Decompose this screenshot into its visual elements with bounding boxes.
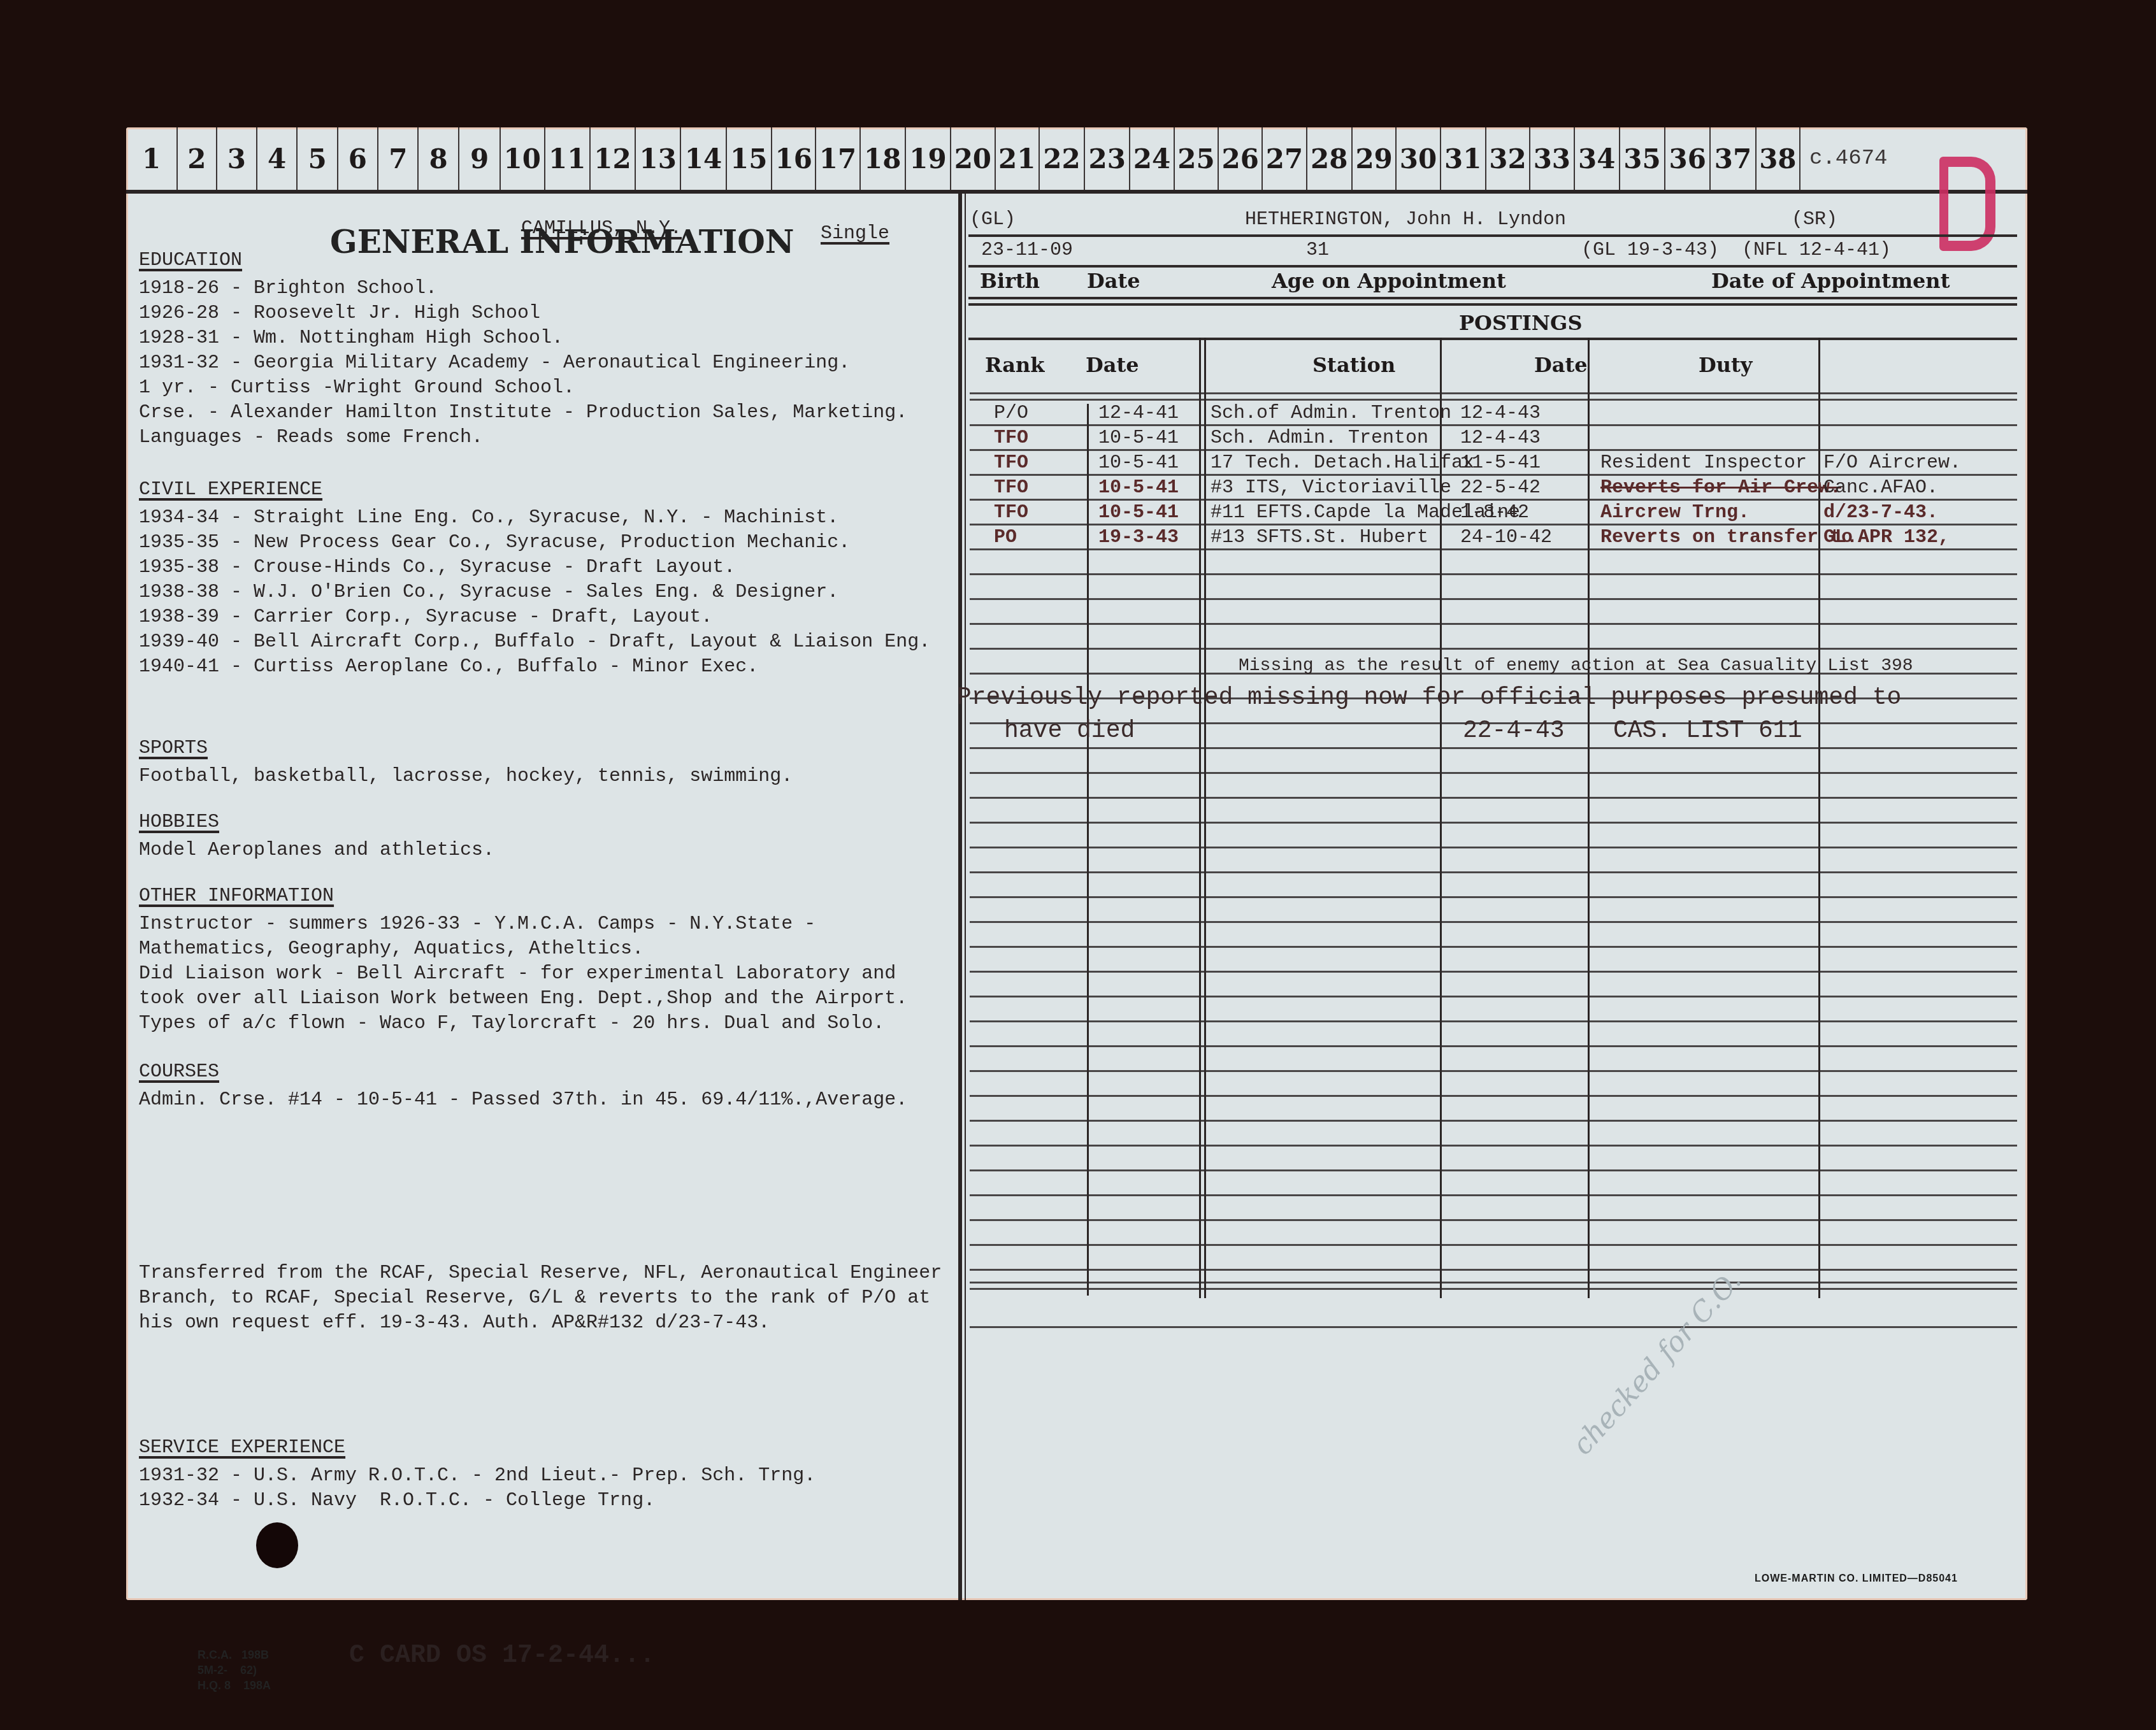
column-number-10: 10 xyxy=(501,127,545,190)
column-number-strip: 1234567891011121314151617181920212223242… xyxy=(126,127,2027,194)
presumed-date: 22-4-43 xyxy=(1463,717,1565,745)
other-information-heading: OTHER INFORMATION xyxy=(139,884,334,909)
col-station: Station xyxy=(1312,353,1395,377)
column-number-34: 34 xyxy=(1575,127,1620,190)
list-item: Crse. - Alexander Hamilton Institute - P… xyxy=(139,401,907,425)
c-card-note: C CARD OS 17-2-44... xyxy=(349,1643,655,1668)
column-number-24: 24 xyxy=(1130,127,1174,190)
station-cell: #13 SFTS.St. Hubert xyxy=(1211,527,1428,548)
column-number-25: 25 xyxy=(1175,127,1219,190)
station-date-cell: 12-4-43 xyxy=(1460,427,1541,449)
column-number-22: 22 xyxy=(1040,127,1085,190)
duty-cell: Reverts on transfer to xyxy=(1600,527,1853,548)
transfer-note: Transferred from the RCAF, Special Reser… xyxy=(139,1261,942,1336)
col-rank-date: Date xyxy=(1086,353,1139,377)
rank-date-cell: 10-5-41 xyxy=(1098,452,1179,474)
list-item: Languages - Reads some French. xyxy=(139,425,907,450)
list-item: 1918-26 - Brighton School. xyxy=(139,276,907,301)
list-item: Branch, to RCAF, Special Reserve, G/L & … xyxy=(139,1286,942,1311)
list-item: Instructor - summers 1926-33 - Y.M.C.A. … xyxy=(139,912,907,937)
station-date-cell: 24-10-42 xyxy=(1460,527,1552,548)
sports-heading: SPORTS xyxy=(139,736,208,761)
list-item: Model Aeroplanes and athletics. xyxy=(139,838,494,863)
col-duty: Duty xyxy=(1699,353,1752,377)
column-number-7: 7 xyxy=(378,127,419,190)
column-number-29: 29 xyxy=(1353,127,1397,190)
other-information-list: Instructor - summers 1926-33 - Y.M.C.A. … xyxy=(139,912,907,1036)
hobbies-list: Model Aeroplanes and athletics. xyxy=(139,838,494,863)
sports-list: Football, basketball, lacrosse, hockey, … xyxy=(139,764,793,789)
station-cell: Sch. Admin. Trenton xyxy=(1211,427,1428,449)
form-code: R.C.A. 198B5M-2- 62)H.Q. 8 198A xyxy=(198,1647,271,1693)
column-number-1: 1 xyxy=(126,127,178,190)
column-number-17: 17 xyxy=(816,127,860,190)
rank-cell: TFO xyxy=(994,477,1028,499)
list-item: R.C.A. 198B xyxy=(198,1647,271,1662)
station-date-cell: 12-4-43 xyxy=(1460,403,1541,424)
rank-date-cell: 10-5-41 xyxy=(1098,502,1179,524)
service-experience-heading: SERVICE EXPERIENCE xyxy=(139,1436,345,1461)
rank-date-cell: 12-4-41 xyxy=(1098,403,1179,424)
list-item: 1938-39 - Carrier Corp., Syracuse - Draf… xyxy=(139,605,930,630)
column-number-21: 21 xyxy=(996,127,1040,190)
list-item: 1940-41 - Curtiss Aeroplane Co., Buffalo… xyxy=(139,655,930,680)
station-date-cell: 22-5-42 xyxy=(1460,477,1541,499)
list-item: 1926-28 - Roosevelt Jr. High School xyxy=(139,301,907,326)
column-number-37: 37 xyxy=(1711,127,1756,190)
station-cell: Sch.of Admin. Trenton xyxy=(1211,403,1451,424)
service-experience-list: 1931-32 - U.S. Army R.O.T.C. - 2nd Lieut… xyxy=(139,1464,816,1513)
education-heading: EDUCATION xyxy=(139,248,242,273)
column-number-11: 11 xyxy=(545,127,591,190)
missing-note: Missing as the result of enemy action at… xyxy=(1239,656,1913,676)
duty-cell: Aircrew Trng. xyxy=(1600,502,1750,524)
list-item: 1931-32 - U.S. Army R.O.T.C. - 2nd Lieut… xyxy=(139,1464,816,1489)
column-number-6: 6 xyxy=(338,127,378,190)
column-number-32: 32 xyxy=(1486,127,1530,190)
branch: (GL) xyxy=(970,209,1016,231)
column-number-38: 38 xyxy=(1757,127,1800,190)
station-date-cell: 1-8-42 xyxy=(1460,502,1529,524)
remarks-cell: Canc.AFAO. xyxy=(1823,477,1938,499)
column-number-14: 14 xyxy=(681,127,726,190)
list-item: 1934-34 - Straight Line Eng. Co., Syracu… xyxy=(139,506,930,531)
list-item: 1932-34 - U.S. Navy R.O.T.C. - College T… xyxy=(139,1489,816,1513)
list-item: 1935-35 - New Process Gear Co., Syracuse… xyxy=(139,531,930,555)
rank-cell: TFO xyxy=(994,427,1028,449)
rank-date-cell: 19-3-43 xyxy=(1098,527,1179,548)
duty-cell: Resident Inspector xyxy=(1600,452,1807,474)
list-item: Did Liaison work - Bell Aircraft - for e… xyxy=(139,962,907,987)
service-record-card: 1234567891011121314151617181920212223242… xyxy=(126,127,2027,1600)
presumed-note: Previously reported missing now for offi… xyxy=(957,684,1901,711)
column-divider-thin xyxy=(965,194,966,1600)
punch-hole xyxy=(256,1522,298,1568)
page-title: GENERAL INFORMATION xyxy=(330,229,794,254)
column-number-26: 26 xyxy=(1219,127,1263,190)
label-birth: Birth xyxy=(980,269,1040,293)
marital-status: Single xyxy=(821,222,889,247)
remarks-cell: d/23-7-43. xyxy=(1823,502,1938,524)
rank-date-cell: 10-5-41 xyxy=(1098,427,1179,449)
hobbies-heading: HOBBIES xyxy=(139,810,219,835)
station-cell: #3 ITS, Victoriaville xyxy=(1211,477,1451,499)
list-item: 5M-2- 62) xyxy=(198,1662,271,1678)
column-number-5: 5 xyxy=(298,127,338,190)
list-item: his own request eff. 19-3-43. Auth. AP&R… xyxy=(139,1311,942,1336)
civil-experience-list: 1934-34 - Straight Line Eng. Co., Syracu… xyxy=(139,506,930,680)
list-item: H.Q. 8 198A xyxy=(198,1678,271,1693)
rank-date-cell: 10-5-41 xyxy=(1098,477,1179,499)
column-number-8: 8 xyxy=(419,127,459,190)
column-number-18: 18 xyxy=(861,127,906,190)
column-number-30: 30 xyxy=(1397,127,1441,190)
rank-cell: TFO xyxy=(994,502,1028,524)
column-number-16: 16 xyxy=(772,127,816,190)
col-rank: Rank xyxy=(985,353,1045,377)
list-item: 1938-38 - W.J. O'Brien Co., Syracuse - S… xyxy=(139,580,930,605)
rank-cell: TFO xyxy=(994,452,1028,474)
presumed-note-2: have died xyxy=(1004,717,1135,745)
col-station-date: Date xyxy=(1534,353,1588,377)
pencil-note: checked for C.O. xyxy=(1566,1264,1748,1461)
education-list: 1918-26 - Brighton School.1926-28 - Roos… xyxy=(139,276,907,450)
column-number-19: 19 xyxy=(906,127,951,190)
age-on-appointment: 31 xyxy=(1306,239,1329,261)
list-item: Transferred from the RCAF, Special Reser… xyxy=(139,1261,942,1286)
list-item: Types of a/c flown - Waco F, Taylorcraft… xyxy=(139,1012,907,1036)
label-age: Age on Appointment xyxy=(1272,269,1506,293)
rank-cell: PO xyxy=(994,527,1017,548)
list-item: 1928-31 - Wm. Nottingham High School. xyxy=(139,326,907,351)
label-date: Date xyxy=(1087,269,1140,293)
column-number-20: 20 xyxy=(951,127,995,190)
station-date-cell: 11-5-41 xyxy=(1460,452,1541,474)
postings-title: POSTINGS xyxy=(1459,311,1583,335)
remarks-cell: GL.APR 132, xyxy=(1823,527,1950,548)
birth-date: 23-11-09 xyxy=(981,239,1073,261)
printer-imprint: LOWE-MARTIN CO. LIMITED—D85041 xyxy=(1755,1573,1958,1585)
column-number-2: 2 xyxy=(178,127,217,190)
list-item: Mathematics, Geography, Aquatics, Athelt… xyxy=(139,937,907,962)
list-item: Admin. Crse. #14 - 10-5-41 - Passed 37th… xyxy=(139,1088,907,1113)
courses-heading: COURSES xyxy=(139,1060,219,1085)
column-number-31: 31 xyxy=(1441,127,1486,190)
list-item: 1 yr. - Curtiss -Wright Ground School. xyxy=(139,376,907,401)
list-item: 1935-38 - Crouse-Hinds Co., Syracuse - D… xyxy=(139,555,930,580)
column-number-35: 35 xyxy=(1620,127,1665,190)
label-date-of-appointment: Date of Appointment xyxy=(1711,269,1950,293)
reserve: (SR) xyxy=(1792,209,1837,231)
casualty-list: CAS. LIST 611 xyxy=(1613,717,1802,745)
list-item: took over all Liaison Work between Eng. … xyxy=(139,987,907,1012)
duty-cell: Reverts for Air Crew. xyxy=(1600,477,1841,499)
column-number-15: 15 xyxy=(727,127,772,190)
station-cell: 17 Tech. Detach.Halifax xyxy=(1211,452,1474,474)
column-number-9: 9 xyxy=(459,127,501,190)
column-divider xyxy=(958,194,962,1600)
officer-name: HETHERINGTON, John H. Lyndon xyxy=(1245,209,1566,231)
column-number-3: 3 xyxy=(217,127,257,190)
column-number-4: 4 xyxy=(257,127,298,190)
list-item: 1931-32 - Georgia Military Academy - Aer… xyxy=(139,351,907,376)
column-number-23: 23 xyxy=(1085,127,1130,190)
civil-experience-heading: CIVIL EXPERIENCE xyxy=(139,478,322,503)
appointment-dates: (GL 19-3-43) (NFL 12-4-41) xyxy=(1581,239,1891,261)
column-number-33: 33 xyxy=(1530,127,1574,190)
column-number-36: 36 xyxy=(1665,127,1711,190)
remarks-cell: F/O Aircrew. xyxy=(1823,452,1961,474)
column-number-13: 13 xyxy=(636,127,681,190)
courses-list: Admin. Crse. #14 - 10-5-41 - Passed 37th… xyxy=(139,1088,907,1113)
column-number-12: 12 xyxy=(591,127,636,190)
rank-cell: P/O xyxy=(994,403,1028,424)
column-number-27: 27 xyxy=(1263,127,1307,190)
list-item: 1939-40 - Bell Aircraft Corp., Buffalo -… xyxy=(139,630,930,655)
list-item: Football, basketball, lacrosse, hockey, … xyxy=(139,764,793,789)
column-number-28: 28 xyxy=(1307,127,1353,190)
